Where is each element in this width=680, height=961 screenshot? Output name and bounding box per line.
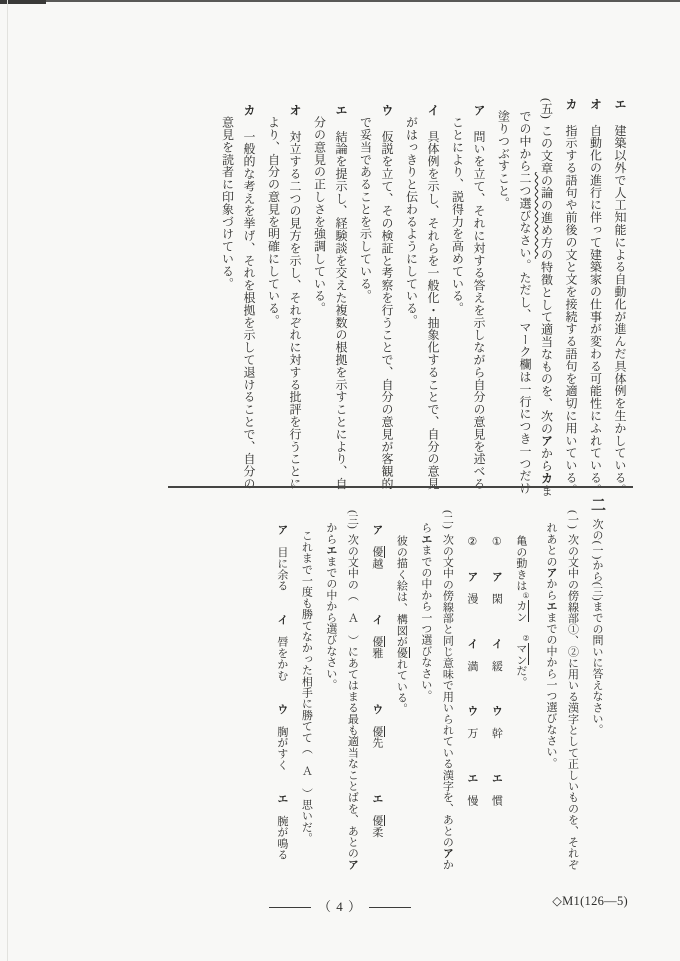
q5-option-e-text: 結論を提示し、経験談を交えた複数の根拠を示すことにより、自: [334, 130, 348, 490]
q5-option-ka: カ一般的な考えを挙げ、それを根拠を示して退けることで、自分の 意見を読者に印象づ…: [216, 92, 259, 490]
q5-option-i-text: 具体例を示し、それらを一般化・抽象化することで、自分の意見: [426, 130, 440, 490]
exam-page: エ建築以外で人工知能による自動化が進んだ具体例を生かしている。 オ自動化の進行に…: [0, 0, 680, 961]
q5-instruction-col2: での中から二つ選びなさい。ただし、マーク欄は一行につき一つだけ: [514, 92, 536, 490]
option-o-label: オ: [589, 98, 603, 110]
q2-3-instruction-text1: 次の文中の（ Ａ ）にあてはまる最も適当なことばを、あとのア: [346, 534, 358, 870]
q2-1-instruction-text1: 次の文中の傍線部①、②に用いる漢字として正しいものを、それぞ: [567, 534, 579, 870]
q2-heading-col: 二次の(一)から(三)までの問いに答えなさい。: [586, 497, 609, 875]
q5-option-a: ア問いを立て、それに対する答えを示しながら自分の意見を述べる ことにより、説得力…: [446, 92, 489, 490]
q2-2-sentence-col: 彼の描く絵は、構図が優れている。: [390, 497, 412, 875]
q5-option-ka-text: 一般的な考えを挙げ、それを根拠を示して退けることで、自分の: [242, 130, 256, 490]
q2-1-options-2: ② ア 漫 イ 満 ウ 万 エ 慢: [460, 497, 482, 875]
page-number: （ 4 ）: [318, 899, 362, 914]
q5-option-e: エ結論を提示し、経験談を交えた複数の根拠を示すことにより、自 分の意見の正しさを…: [308, 92, 351, 490]
q2-3-options: ア 目に余る イ 唇をかむ ウ 胸がすく エ 腕が鳴る: [270, 497, 292, 875]
q2-2-instruction: (二)次の文中の傍線部と同じ意味で用いられている漢字を、あとのアか らエまでの中…: [414, 497, 457, 875]
section-question-two: 二次の(一)から(三)までの問いに答えなさい。 (一)次の文中の傍線部①、②に用…: [267, 497, 608, 875]
section-question-one-tail: エ建築以外で人工知能による自動化が進んだ具体例を生かしている。 オ自動化の進行に…: [213, 92, 630, 490]
q2-1-number-label: (一): [567, 510, 579, 529]
q5-option-i-label: イ: [426, 104, 440, 116]
q5-option-u-col2: で妥当であることを示している。: [354, 92, 376, 490]
q2-1-instruction: (一)次の文中の傍線部①、②に用いる漢字として正しいものを、それぞ れあとのアか…: [540, 497, 583, 875]
scan-edge-top: [0, 0, 680, 2]
q5-option-ka-label: カ: [242, 104, 256, 116]
doc-code: ◇M1(126—5): [552, 893, 628, 909]
q5-option-a-col1: ア問いを立て、それに対する答えを示しながら自分の意見を述べる: [468, 92, 490, 490]
q2-2-instruction-col1: (二)次の文中の傍線部と同じ意味で用いられている漢字を、あとのアか: [436, 497, 458, 875]
page-number-dash-right: [369, 907, 411, 908]
q5-option-u: ウ仮説を立て、その検証と考察を行うことで、自分の意見が客観的 で妥当であることを…: [354, 92, 397, 490]
q2-heading-text: 次の(一)から(三)までの問いに答えなさい。: [591, 518, 603, 735]
q2-1-options-1-col: ① ア 閑 イ 緩 ウ 幹 エ 慣: [485, 497, 507, 875]
q5-instruction-col1: (五)この文章の論の進め方の特徴として適当なものを、次のアからカま: [535, 92, 557, 490]
section-divider: [168, 486, 633, 488]
q5-option-u-col1: ウ仮説を立て、その検証と考察を行うことで、自分の意見が客観的: [376, 92, 398, 490]
option-e-row: エ建築以外で人工知能による自動化が進んだ具体例を生かしている。: [609, 92, 631, 490]
q2-3-example-sentence: これまで一度も勝てなかった相手に勝てて（ Ａ ）思いだ。: [295, 497, 317, 875]
q2-2-example-sentence: 彼の描く絵は、構図が優れている。: [390, 497, 412, 875]
q5-option-i-col2: がはっきりと伝わるようにしている。: [400, 92, 422, 490]
option-o-text: オ自動化の進行に伴って建築家の仕事が変わる可能性にふれている。: [584, 92, 606, 490]
q5-option-o: オ対立する二つの見方を示し、それぞれに対する批評を行うことに より、自分の意見を…: [262, 92, 305, 490]
q5-option-e-col2: 分の意見の正しさを強調している。: [308, 92, 330, 490]
q5-option-a-col2: ことにより、説得力を高めている。: [446, 92, 468, 490]
q5-option-a-label: ア: [472, 104, 486, 116]
q2-1-options-2-col: ② ア 漫 イ 満 ウ 万 エ 慢: [460, 497, 482, 875]
q5-option-e-label: エ: [334, 104, 348, 116]
q5-option-ka-col1: カ一般的な考えを挙げ、それを根拠を示して退けることで、自分の: [238, 92, 260, 490]
q2-1-example-sentence: 亀の動きは①カン ②マンだ。: [509, 497, 536, 875]
q2-2-options: ア 優越 イ 優雅 ウ 優先 エ 優柔: [365, 497, 387, 875]
q2-1-instruction-col1: (一)次の文中の傍線部①、②に用いる漢字として正しいものを、それぞ: [561, 497, 583, 875]
q2-3-number-label: (三): [346, 510, 358, 529]
option-e-label: エ: [613, 98, 627, 110]
q5-option-ka-col2: 意見を読者に印象づけている。: [216, 92, 238, 490]
q5-instruction-col3: 塗りつぶすこと。: [492, 92, 514, 490]
q2-number-label: 二: [589, 497, 606, 512]
question-5-instruction: (五)この文章の論の進め方の特徴として適当なものを、次のアからカま での中から二…: [492, 92, 557, 490]
q2-2-instruction-col2: らエまでの中から一つ選びなさい。: [414, 497, 436, 875]
q5-option-o-col1: オ対立する二つの見方を示し、それぞれに対する批評を行うことに: [284, 92, 306, 490]
q5-option-o-label: オ: [288, 104, 302, 116]
q2-heading: 二次の(一)から(三)までの問いに答えなさい。: [586, 497, 609, 875]
q5-option-i: イ具体例を示し、それらを一般化・抽象化することで、自分の意見 がはっきりと伝わる…: [400, 92, 443, 490]
q2-3-instruction-col2: からエまでの中から選びなさい。: [319, 497, 341, 875]
option-ka-label: カ: [564, 98, 578, 110]
q2-1-instruction-col2: れあとのアからエまでの中から一つ選びなさい。: [540, 497, 562, 875]
q2-3-instruction-col1: (三)次の文中の（ Ａ ）にあてはまる最も適当なことばを、あとのア: [341, 497, 363, 875]
option-o-row: オ自動化の進行に伴って建築家の仕事が変わる可能性にふれている。: [584, 92, 606, 490]
option-o-body: 自動化の進行に伴って建築家の仕事が変わる可能性にふれている。: [589, 124, 603, 496]
q5-option-e-col1: エ結論を提示し、経験談を交えた複数の根拠を示すことにより、自: [330, 92, 352, 490]
q2-2-instruction-text1: 次の文中の傍線部と同じ意味で用いられている漢字を、あとのアか: [441, 534, 453, 870]
q5-option-u-label: ウ: [380, 104, 394, 116]
option-e-text: エ建築以外で人工知能による自動化が進んだ具体例を生かしている。: [609, 92, 631, 490]
option-ka-text: カ指示する語句や前後の文と文を接続する語句を適切に用いている。: [560, 92, 582, 490]
q2-1-options-1: ① ア 閑 イ 緩 ウ 幹 エ 慣: [485, 497, 507, 875]
q2-3-instruction: (三)次の文中の（ Ａ ）にあてはまる最も適当なことばを、あとのア からエまでの…: [319, 497, 362, 875]
q5-instruction-text1: この文章の論の進め方の特徴として適当なものを、次のアからカま: [540, 125, 554, 497]
q5-option-o-text: 対立する二つの見方を示し、それぞれに対する批評を行うことに: [288, 130, 302, 490]
q2-1-sentence-col: 亀の動きは①カン ②マンだ。: [509, 497, 536, 875]
q5-number-label: (五): [540, 98, 554, 119]
scan-edge-left: [7, 0, 8, 961]
q5-option-i-col1: イ具体例を示し、それらを一般化・抽象化することで、自分の意見: [422, 92, 444, 490]
q2-2-number-label: (二): [441, 510, 453, 529]
q2-3-options-col: ア 目に余る イ 唇をかむ ウ 胸がすく エ 腕が鳴る: [270, 497, 292, 875]
q2-3-sentence-col: これまで一度も勝てなかった相手に勝てて（ Ａ ）思いだ。: [295, 497, 317, 875]
q2-2-options-col: ア 優越 イ 優雅 ウ 優先 エ 優柔: [365, 497, 387, 875]
q5-option-a-text: 問いを立て、それに対する答えを示しながら自分の意見を述べる: [472, 130, 486, 490]
q5-option-o-col2: より、自分の意見を明確にしている。: [262, 92, 284, 490]
option-e-body: 建築以外で人工知能による自動化が進んだ具体例を生かしている。: [613, 124, 627, 496]
option-ka-row: カ指示する語句や前後の文と文を接続する語句を適切に用いている。: [560, 92, 582, 490]
q5-option-u-text: 仮説を立て、その検証と考察を行うことで、自分の意見が客観的: [380, 130, 394, 490]
page-number-dash-left: [269, 907, 311, 908]
option-ka-body: 指示する語句や前後の文と文を接続する語句を適切に用いている。: [564, 124, 578, 496]
